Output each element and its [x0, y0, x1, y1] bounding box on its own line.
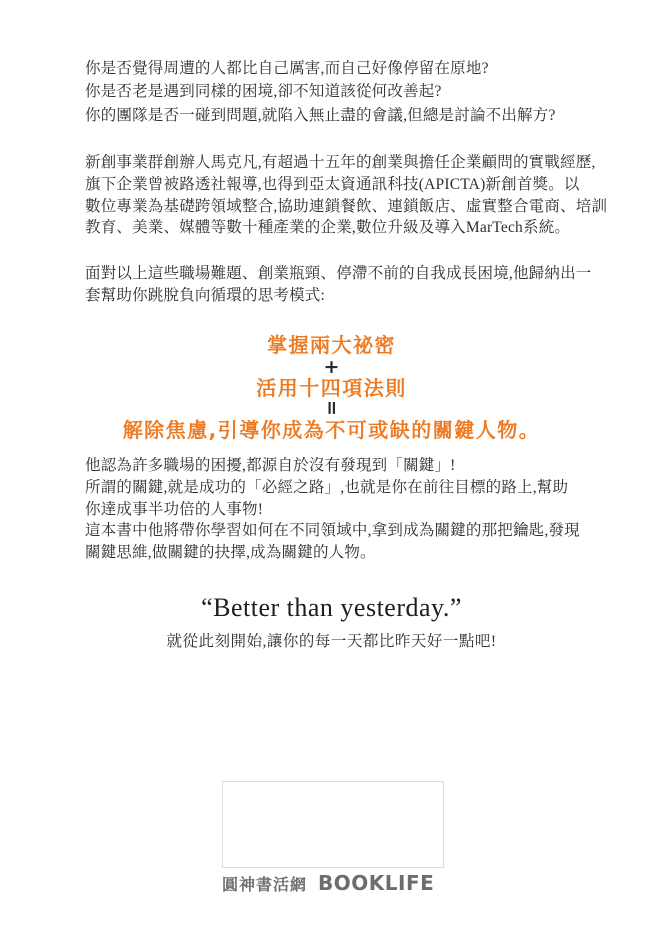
transition-line: 面對以上這些職場難題、創業瓶頸、停滯不前的自我成長困境,他歸納出一 [85, 263, 590, 285]
transition-line: 套幫助你跳脫負向循環的思考模式: [85, 285, 590, 307]
barcode-placeholder-box [222, 781, 444, 868]
transition-paragraph: 面對以上這些職場難題、創業瓶頸、停滯不前的自我成長困境,他歸納出一 套幫助你跳脫… [85, 263, 590, 307]
english-quote: “Better than yesterday.” [85, 593, 578, 623]
bio-line: 教育、美業、媒體等數十種產業的企業,數位升級及導入MarTech系統。 [85, 217, 590, 239]
key-message-line: 所謂的關鍵,就是成功的「必經之路」,也就是你在前往目標的路上,幫助 [85, 477, 590, 499]
bio-line: 數位專業為基礎跨領域整合,協助連鎖餐飲、連鎖飯店、虛實整合電商、培訓 [85, 196, 590, 218]
booklife-brand-logo: BOOKLIFE [318, 871, 434, 895]
key-message-line: 他認為許多職場的困擾,都源自於沒有發現到「關鍵」! [85, 455, 590, 477]
equals-sign: = [85, 397, 578, 419]
intro-questions: 你是否覺得周遭的人都比自己厲害,而自己好像停留在原地? 你是否老是遇到同樣的困境… [85, 57, 590, 127]
question-line: 你是否覺得周遭的人都比自己厲害,而自己好像停留在原地? [85, 57, 590, 80]
key-message: 他認為許多職場的困擾,都源自於沒有發現到「關鍵」! 所謂的關鍵,就是成功的「必經… [85, 455, 590, 564]
book-back-cover-page: 你是否覺得周遭的人都比自己厲害,而自己好像停留在原地? 你是否老是遇到同樣的困境… [0, 0, 663, 932]
formula-result-line: 解除焦慮,引導你成為不可或缺的關鍵人物。 [85, 419, 578, 441]
key-message-line: 你達成事半功倍的人事物! [85, 499, 590, 521]
bio-line: 新創事業群創辦人馬克凡,有超過十五年的創業與擔任企業顧問的實戰經歷, [85, 152, 590, 174]
publisher-name: 圓神書活網 [222, 872, 307, 895]
formula-rules-line: 活用十四項法則 [85, 377, 578, 399]
formula-secret-line: 掌握兩大祕密 [85, 334, 578, 356]
footer-logo: 圓神書活網 BOOKLIFE [222, 871, 434, 895]
key-message-line: 這本書中他將帶你學習如何在不同領域中,拿到成為關鍵的那把鑰匙,發現 [85, 520, 590, 542]
question-line: 你的團隊是否一碰到問題,就陷入無止盡的會議,但總是討論不出解方? [85, 104, 590, 127]
key-message-line: 關鍵思維,做關鍵的抉擇,成為關鍵的人物。 [85, 542, 590, 564]
plus-sign: + [85, 356, 578, 378]
rotated-equals-glyph: = [320, 400, 342, 416]
author-bio: 新創事業群創辦人馬克凡,有超過十五年的創業與擔任企業顧問的實戰經歷, 旗下企業曾… [85, 152, 590, 239]
chinese-quote: 就從此刻開始,讓你的每一天都比昨天好一點吧! [85, 629, 578, 651]
question-line: 你是否老是遇到同樣的困境,卻不知道該從何改善起? [85, 80, 590, 103]
bio-line: 旗下企業曾被路透社報導,也得到亞太資通訊科技(APICTA)新創首獎。以 [85, 174, 590, 196]
